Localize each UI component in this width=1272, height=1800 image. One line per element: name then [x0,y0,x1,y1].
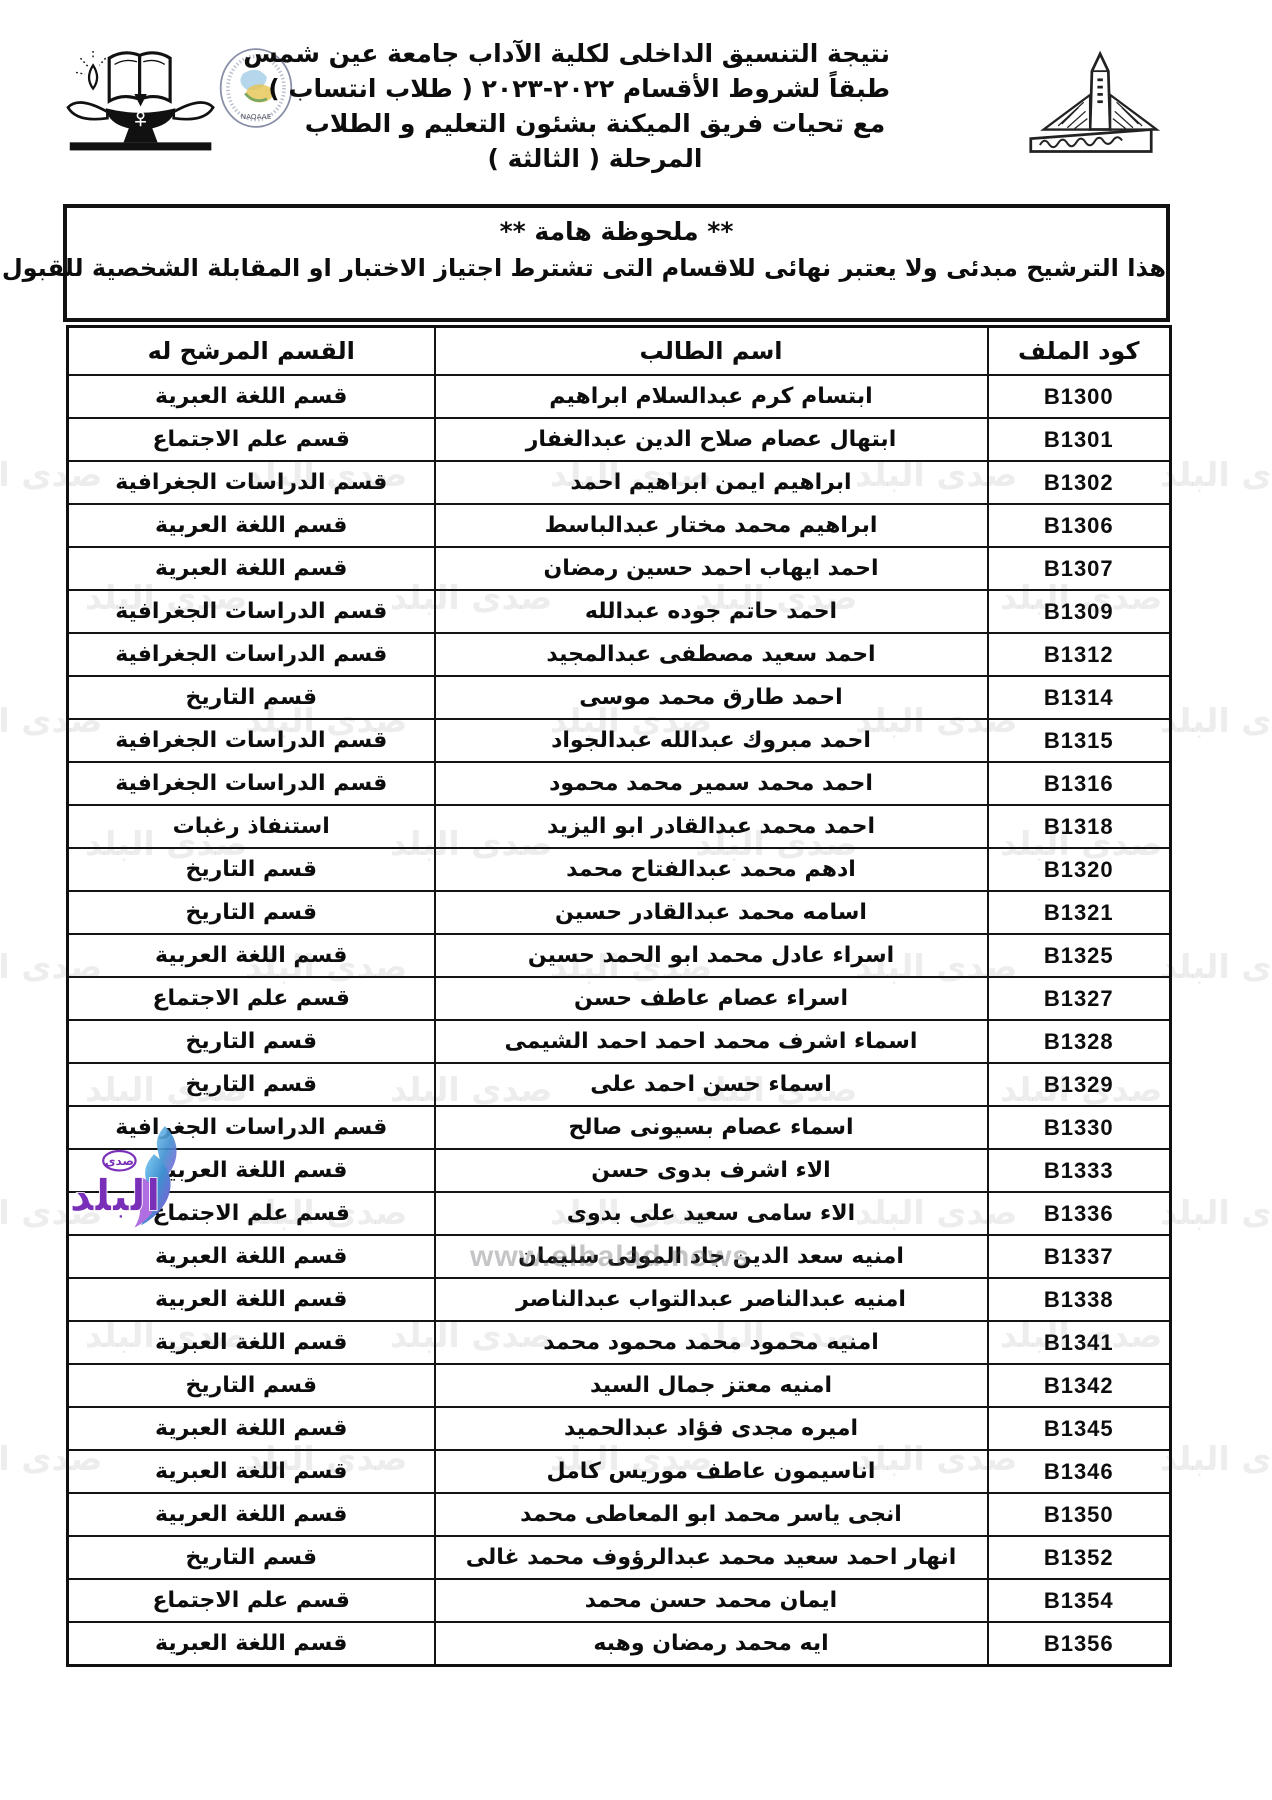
file-code-cell: B1336 [988,1192,1171,1235]
document-page: NAQAAE نتيجة التنسيق الداخلى لكلية الآدا… [0,0,1272,1800]
important-notice-box: ** ملحوظة هامة ** هذا الترشيح مبدئى ولا … [63,204,1170,322]
department-cell: قسم علم الاجتماع [68,418,435,461]
table-row: B1309احمد حاتم جوده عبداللهقسم الدراسات … [68,590,1171,633]
file-code-cell: B1356 [988,1622,1171,1666]
student-name-cell: احمد محمد سمير محمد محمود [435,762,988,805]
department-cell: قسم التاريخ [68,1020,435,1063]
student-name-cell: امنيه سعد الدين جاد المولى سليمان [435,1235,988,1278]
student-name-cell: اميره مجدى فؤاد عبدالحميد [435,1407,988,1450]
department-cell: قسم التاريخ [68,848,435,891]
department-cell: قسم التاريخ [68,1364,435,1407]
results-table-body: B1300ابتسام كرم عبدالسلام ابراهيمقسم الل… [68,375,1171,1666]
file-code-cell: B1333 [988,1149,1171,1192]
table-row: B1314احمد طارق محمد موسىقسم التاريخ [68,676,1171,719]
department-cell: قسم التاريخ [68,676,435,719]
table-header-row: كود الملف اسم الطالب القسم المرشح له [68,327,1171,376]
file-code-cell: B1342 [988,1364,1171,1407]
department-cell: قسم اللغة العبرية [68,547,435,590]
department-cell: قسم الدراسات الجغرافية [68,719,435,762]
file-code-cell: B1352 [988,1536,1171,1579]
file-code-cell: B1314 [988,676,1171,719]
table-row: B1321اسامه محمد عبدالقادر حسينقسم التاري… [68,891,1171,934]
student-name-cell: ايه محمد رمضان وهبه [435,1622,988,1666]
student-name-cell: احمد ايهاب احمد حسين رمضان [435,547,988,590]
department-cell: قسم اللغة العربية [68,504,435,547]
table-row: B1336الاء سامى سعيد على بدوىقسم علم الاج… [68,1192,1171,1235]
student-name-cell: احمد محمد عبدالقادر ابو اليزيد [435,805,988,848]
table-row: B1301ابتهال عصام صلاح الدين عبدالغفارقسم… [68,418,1171,461]
file-code-cell: B1315 [988,719,1171,762]
student-name-cell: اسامه محمد عبدالقادر حسين [435,891,988,934]
file-code-cell: B1338 [988,1278,1171,1321]
department-cell: قسم اللغة العبرية [68,1622,435,1666]
student-name-cell: اسماء حسن احمد على [435,1063,988,1106]
naqaae-caption: NAQAAE [241,112,272,121]
table-row: B1316احمد محمد سمير محمد محمودقسم الدراس… [68,762,1171,805]
student-name-cell: ابتسام كرم عبدالسلام ابراهيم [435,375,988,418]
faculty-of-arts-book-lamp-logo [62,42,220,154]
student-name-cell: ابراهيم ايمن ابراهيم احمد [435,461,988,504]
department-cell: قسم الدراسات الجغرافية [68,1106,435,1149]
student-name-cell: اناسيمون عاطف موريس كامل [435,1450,988,1493]
ain-shams-university-obelisk-logo [1018,48,1164,160]
sada-elbalad-watermark-text: صدى البلد [1160,1193,1272,1232]
student-name-cell: احمد حاتم جوده عبدالله [435,590,988,633]
student-name-cell: انهار احمد سعيد محمد عبدالرؤوف محمد غالى [435,1536,988,1579]
notice-body: هذا الترشيح مبدئى ولا يعتبر نهائى للاقسا… [67,254,1166,282]
table-row: B1345اميره مجدى فؤاد عبدالحميدقسم اللغة … [68,1407,1171,1450]
file-code-cell: B1325 [988,934,1171,977]
student-name-cell: انجى ياسر محمد ابو المعاطى محمد [435,1493,988,1536]
file-code-cell: B1301 [988,418,1171,461]
student-name-cell: اسراء عصام عاطف حسن [435,977,988,1020]
file-code-header: كود الملف [988,327,1171,376]
file-code-cell: B1327 [988,977,1171,1020]
department-cell: قسم اللغة العبرية [68,1321,435,1364]
file-code-cell: B1330 [988,1106,1171,1149]
table-row: B1318احمد محمد عبدالقادر ابو اليزيداستنف… [68,805,1171,848]
file-code-cell: B1346 [988,1450,1171,1493]
student-name-cell: الاء اشرف بدوى حسن [435,1149,988,1192]
table-row: B1342امنيه معتز جمال السيدقسم التاريخ [68,1364,1171,1407]
student-name-cell: اسماء عصام بسيونى صالح [435,1106,988,1149]
department-cell: قسم اللغة العربية [68,934,435,977]
table-row: B1320ادهم محمد عبدالفتاح محمدقسم التاريخ [68,848,1171,891]
table-row: B1328اسماء اشرف محمد احمد احمد الشيمىقسم… [68,1020,1171,1063]
table-row: B1300ابتسام كرم عبدالسلام ابراهيمقسم الل… [68,375,1171,418]
student-name-header: اسم الطالب [435,327,988,376]
sada-elbalad-watermark-text: صدى البلد [1160,455,1272,494]
department-cell: قسم التاريخ [68,1536,435,1579]
department-cell: استنفاذ رغبات [68,805,435,848]
document-title: نتيجة التنسيق الداخلى لكلية الآداب جامعة… [300,36,890,176]
file-code-cell: B1329 [988,1063,1171,1106]
title-line-1: نتيجة التنسيق الداخلى لكلية الآداب جامعة… [300,36,890,71]
file-code-cell: B1320 [988,848,1171,891]
student-name-cell: ابتهال عصام صلاح الدين عبدالغفار [435,418,988,461]
table-row: B1338امنيه عبدالناصر عبدالتواب عبدالناصر… [68,1278,1171,1321]
file-code-cell: B1354 [988,1579,1171,1622]
file-code-cell: B1309 [988,590,1171,633]
student-name-cell: امنيه محمود محمد محمود محمد [435,1321,988,1364]
student-name-cell: ايمان محمد حسن محمد [435,1579,988,1622]
table-row: B1327اسراء عصام عاطف حسنقسم علم الاجتماع [68,977,1171,1020]
department-cell: قسم اللغة العبرية [68,1235,435,1278]
table-row: B1333الاء اشرف بدوى حسنقسم اللغة العربية [68,1149,1171,1192]
student-name-cell: احمد طارق محمد موسى [435,676,988,719]
file-code-cell: B1318 [988,805,1171,848]
table-row: B1356ايه محمد رمضان وهبهقسم اللغة العبري… [68,1622,1171,1666]
table-row: B1350انجى ياسر محمد ابو المعاطى محمدقسم … [68,1493,1171,1536]
file-code-cell: B1345 [988,1407,1171,1450]
results-table: كود الملف اسم الطالب القسم المرشح له B13… [66,325,1172,1667]
sada-elbalad-watermark-text: صدى البلد [1160,701,1272,740]
file-code-cell: B1306 [988,504,1171,547]
sada-elbalad-watermark-text: صدى البلد [1160,1439,1272,1478]
department-cell: قسم علم الاجتماع [68,977,435,1020]
department-cell: قسم الدراسات الجغرافية [68,762,435,805]
student-name-cell: اسماء اشرف محمد احمد احمد الشيمى [435,1020,988,1063]
department-cell: قسم اللغة العبرية [68,1407,435,1450]
student-name-cell: الاء سامى سعيد على بدوى [435,1192,988,1235]
student-name-cell: امنيه معتز جمال السيد [435,1364,988,1407]
title-line-4: المرحلة ( الثالثة ) [300,141,890,176]
department-cell: قسم علم الاجتماع [68,1192,435,1235]
table-row: B1354ايمان محمد حسن محمدقسم علم الاجتماع [68,1579,1171,1622]
department-cell: قسم اللغة العربية [68,1278,435,1321]
department-cell: قسم علم الاجتماع [68,1579,435,1622]
table-row: B1325اسراء عادل محمد ابو الحمد حسينقسم ا… [68,934,1171,977]
file-code-cell: B1350 [988,1493,1171,1536]
title-line-3: مع تحيات فريق الميكنة بشئون التعليم و ال… [300,106,890,141]
department-cell: قسم اللغة العبرية [68,1450,435,1493]
department-cell: قسم التاريخ [68,1063,435,1106]
student-name-cell: احمد مبروك عبدالله عبدالجواد [435,719,988,762]
table-row: B1337امنيه سعد الدين جاد المولى سليمانقس… [68,1235,1171,1278]
department-cell: قسم الدراسات الجغرافية [68,461,435,504]
file-code-cell: B1316 [988,762,1171,805]
file-code-cell: B1300 [988,375,1171,418]
department-cell: قسم الدراسات الجغرافية [68,590,435,633]
department-cell: قسم اللغة العبرية [68,375,435,418]
table-row: B1307احمد ايهاب احمد حسين رمضانقسم اللغة… [68,547,1171,590]
student-name-cell: احمد سعيد مصطفى عبدالمجيد [435,633,988,676]
student-name-cell: ادهم محمد عبدالفتاح محمد [435,848,988,891]
table-row: B1346اناسيمون عاطف موريس كاملقسم اللغة ا… [68,1450,1171,1493]
file-code-cell: B1312 [988,633,1171,676]
table-row: B1306ابراهيم محمد مختار عبدالباسطقسم الل… [68,504,1171,547]
department-cell: قسم اللغة العربية [68,1493,435,1536]
table-row: B1302ابراهيم ايمن ابراهيم احمدقسم الدراس… [68,461,1171,504]
sada-elbalad-watermark-text: صدى البلد [1160,947,1272,986]
department-cell: قسم الدراسات الجغرافية [68,633,435,676]
file-code-cell: B1341 [988,1321,1171,1364]
student-name-cell: ابراهيم محمد مختار عبدالباسط [435,504,988,547]
file-code-cell: B1337 [988,1235,1171,1278]
notice-title: ** ملحوظة هامة ** [67,217,1166,246]
file-code-cell: B1302 [988,461,1171,504]
table-row: B1341امنيه محمود محمد محمود محمدقسم اللغ… [68,1321,1171,1364]
department-cell: قسم اللغة العربية [68,1149,435,1192]
table-row: B1329اسماء حسن احمد علىقسم التاريخ [68,1063,1171,1106]
file-code-cell: B1307 [988,547,1171,590]
file-code-cell: B1321 [988,891,1171,934]
table-row: B1352انهار احمد سعيد محمد عبدالرؤوف محمد… [68,1536,1171,1579]
student-name-cell: اسراء عادل محمد ابو الحمد حسين [435,934,988,977]
table-row: B1315احمد مبروك عبدالله عبدالجوادقسم الد… [68,719,1171,762]
table-row: B1330اسماء عصام بسيونى صالحقسم الدراسات … [68,1106,1171,1149]
department-header: القسم المرشح له [68,327,435,376]
title-line-2: طبقاً لشروط الأقسام ٢٠٢٢-٢٠٢٣ ( طلاب انت… [300,71,890,106]
student-name-cell: امنيه عبدالناصر عبدالتواب عبدالناصر [435,1278,988,1321]
department-cell: قسم التاريخ [68,891,435,934]
table-row: B1312احمد سعيد مصطفى عبدالمجيدقسم الدراس… [68,633,1171,676]
file-code-cell: B1328 [988,1020,1171,1063]
